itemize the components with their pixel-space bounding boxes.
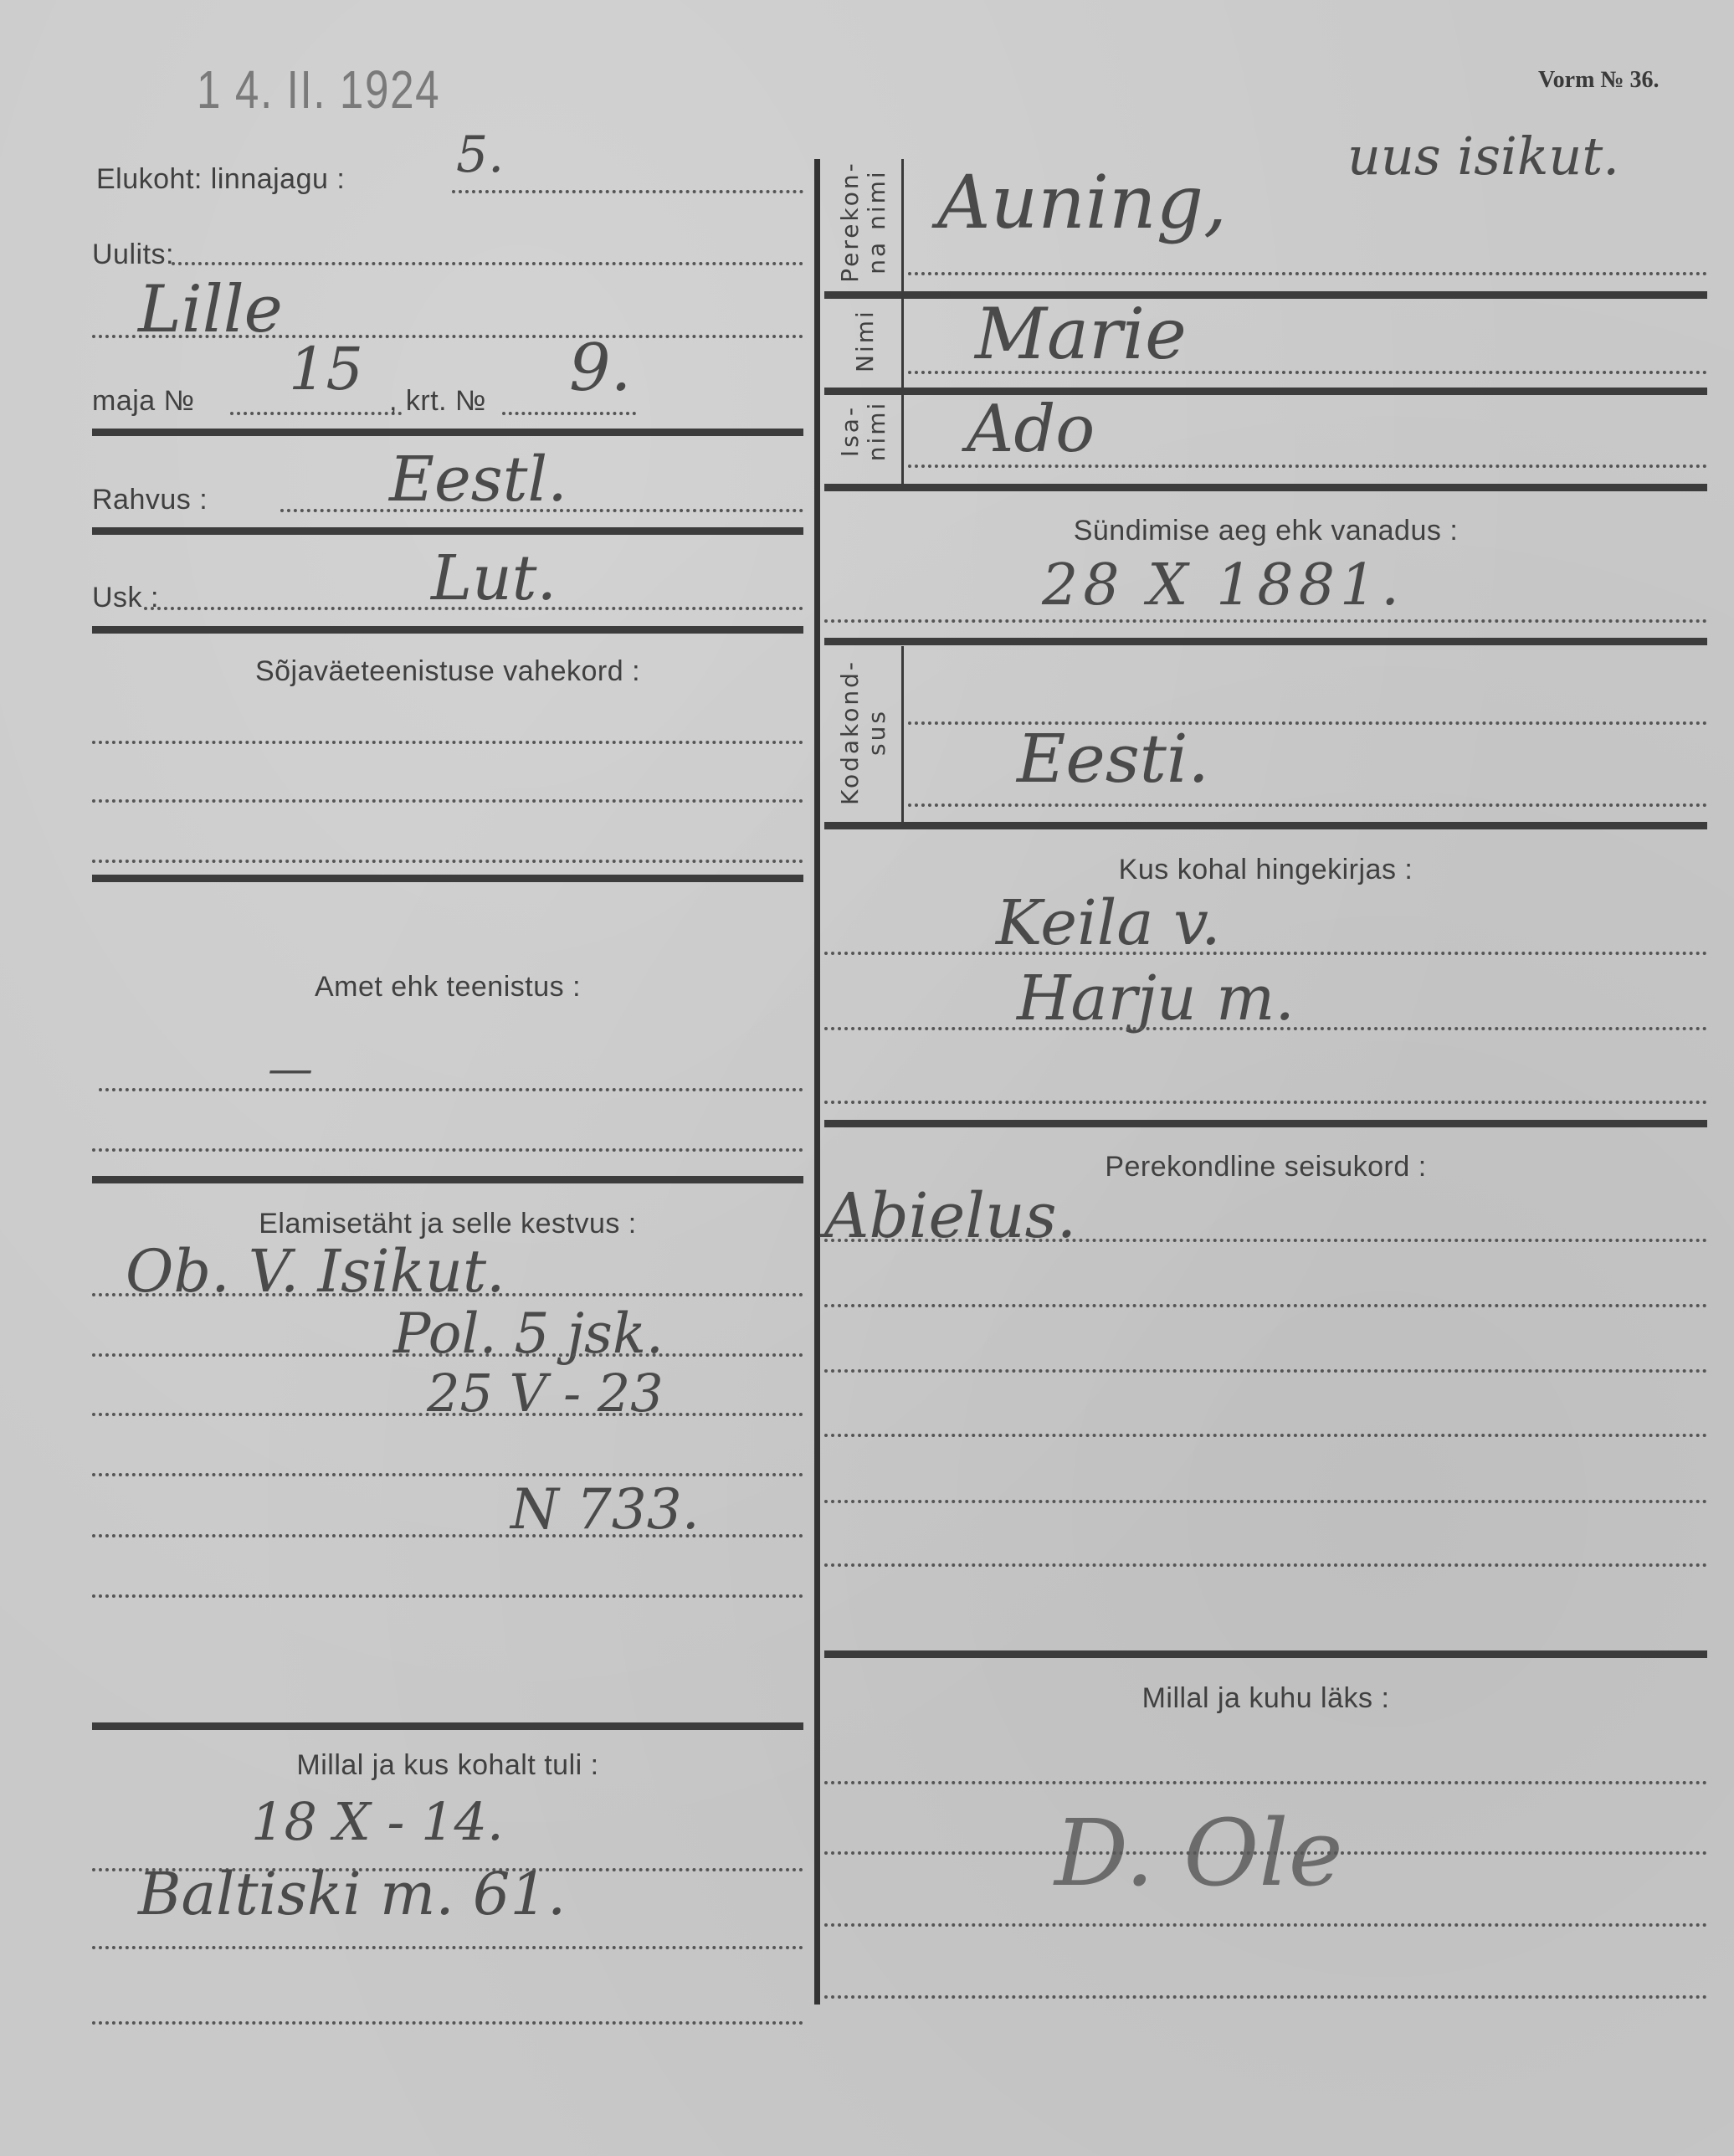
- hingekirjas-label: Kus kohal hingekirjas :: [824, 854, 1707, 886]
- kodakondsus-value[interactable]: Eesti.: [1017, 720, 1209, 798]
- perekondline-line-5: [824, 1500, 1707, 1503]
- perekondline-line-4: [824, 1434, 1707, 1437]
- usk-value[interactable]: Lut.: [431, 542, 557, 614]
- elamisetaht-line-5: [92, 1534, 803, 1537]
- section-divider: [92, 527, 803, 535]
- section-divider: [824, 291, 1707, 299]
- kodakondsus-line-2: [908, 803, 1707, 807]
- nimi-label: Nimi: [852, 309, 879, 372]
- maja-value[interactable]: 15: [289, 335, 363, 403]
- elukoht-label: Elukoht: linnajagu :: [96, 163, 345, 196]
- uulits-line-2: [92, 335, 803, 338]
- isanimi-line: [908, 465, 1707, 468]
- millal-laks-line-4: [824, 1995, 1707, 1999]
- millal-tuli-line-3: [92, 2021, 803, 2025]
- millal-laks-line-1: [824, 1781, 1707, 1784]
- perekondline-line-2: [824, 1304, 1707, 1307]
- perekondline-line-3: [824, 1369, 1707, 1373]
- elamisetaht-line-2: [92, 1353, 803, 1357]
- elamisetaht-line-6: [92, 1594, 803, 1598]
- amet-line-3: [92, 1148, 803, 1152]
- hingekirjas-line-text-1[interactable]: Keila v.: [996, 887, 1221, 959]
- section-divider: [92, 1722, 803, 1730]
- perekondline-label: Perekondline seisukord :: [824, 1151, 1707, 1183]
- perekonnanimi-label: Perekon- na nimi: [837, 159, 890, 285]
- usk-line: [144, 607, 803, 610]
- sundimise-label: Sündimise aeg ehk vanadus :: [824, 515, 1707, 547]
- millal-laks-label: Millal ja kuhu läks :: [824, 1682, 1707, 1715]
- nimi-line: [908, 371, 1707, 374]
- perekonnanimi-value[interactable]: Auning,: [937, 159, 1227, 245]
- sojavae-line-3: [92, 860, 803, 863]
- hingekirjas-line-3: [824, 1101, 1707, 1104]
- uulits-line-1: [172, 262, 803, 265]
- isanimi-label: Isa- nimi: [837, 393, 890, 469]
- section-divider: [824, 1120, 1707, 1127]
- section-divider: [824, 822, 1707, 829]
- elamisetaht-line-3: [92, 1413, 803, 1416]
- section-divider: [92, 429, 803, 436]
- sojavae-line-1: [92, 741, 803, 744]
- label-column-divider-top: [901, 159, 904, 485]
- date-stamp: 1 4. II. 1924: [197, 59, 440, 121]
- section-divider: [92, 1176, 803, 1183]
- section-divider: [824, 638, 1707, 645]
- form-number: Vorm № 36.: [1538, 67, 1660, 94]
- krt-value[interactable]: 9.: [569, 331, 631, 406]
- hingekirjas-line-2: [824, 1027, 1707, 1030]
- rahvus-value[interactable]: Eestl.: [389, 444, 567, 516]
- sojavae-line-2: [92, 799, 803, 803]
- amet-value[interactable]: —: [268, 1042, 313, 1095]
- nimi-value[interactable]: Marie: [975, 293, 1187, 375]
- section-divider: [824, 1650, 1707, 1658]
- sojavae-label: Sõjaväeteenistuse vahekord :: [92, 655, 803, 688]
- hingekirjas-line-1: [824, 952, 1707, 955]
- elamisetaht-label: Elamisetäht ja selle kestvus :: [92, 1208, 803, 1240]
- rahvus-label: Rahvus :: [92, 484, 208, 516]
- sundimise-line: [824, 619, 1707, 623]
- perekondline-line-6: [824, 1563, 1707, 1567]
- millal-laks-line-3: [824, 1923, 1707, 1927]
- sundimise-value[interactable]: 28 X 1881.: [1042, 552, 1404, 619]
- section-divider: [92, 875, 803, 882]
- millal-laks-line-2: [824, 1851, 1707, 1855]
- perekonnanimi-line: [908, 272, 1707, 275]
- central-divider: [814, 159, 820, 2005]
- section-divider: [824, 388, 1707, 395]
- elukoht-value[interactable]: 5.: [456, 126, 504, 184]
- millal-tuli-line-text-2[interactable]: Baltiski m. 61.: [138, 1860, 566, 1928]
- millal-tuli-line-2: [92, 1946, 803, 1949]
- amet-line-2: [99, 1088, 803, 1091]
- millal-tuli-label: Millal ja kus kohalt tuli :: [92, 1749, 803, 1782]
- perekondline-line-1: [824, 1239, 1707, 1242]
- section-divider: [824, 484, 1707, 491]
- kodakondsus-label: Kodakond- sus: [837, 657, 890, 808]
- elamisetaht-line-text-4[interactable]: N 733.: [510, 1477, 700, 1542]
- millal-tuli-line-text-1[interactable]: 18 X - 14.: [251, 1791, 504, 1852]
- maja-line: [230, 412, 402, 415]
- elamisetaht-line-1: [92, 1293, 803, 1296]
- rahvus-line: [280, 509, 803, 512]
- krt-line: [502, 412, 636, 415]
- elukoht-line: [452, 190, 803, 193]
- hingekirjas-line-text-2[interactable]: Harju m.: [1017, 963, 1295, 1034]
- krt-label: , krt. №: [389, 385, 486, 418]
- isanimi-value[interactable]: Ado: [967, 392, 1095, 467]
- elamisetaht-line-4: [92, 1473, 803, 1476]
- label-column-divider-mid: [901, 646, 904, 822]
- maja-label: maja №: [92, 385, 195, 418]
- annotation-new-person: uus isikut.: [1347, 126, 1619, 187]
- section-divider: [92, 626, 803, 634]
- uulits-label: Uulits:: [92, 239, 174, 271]
